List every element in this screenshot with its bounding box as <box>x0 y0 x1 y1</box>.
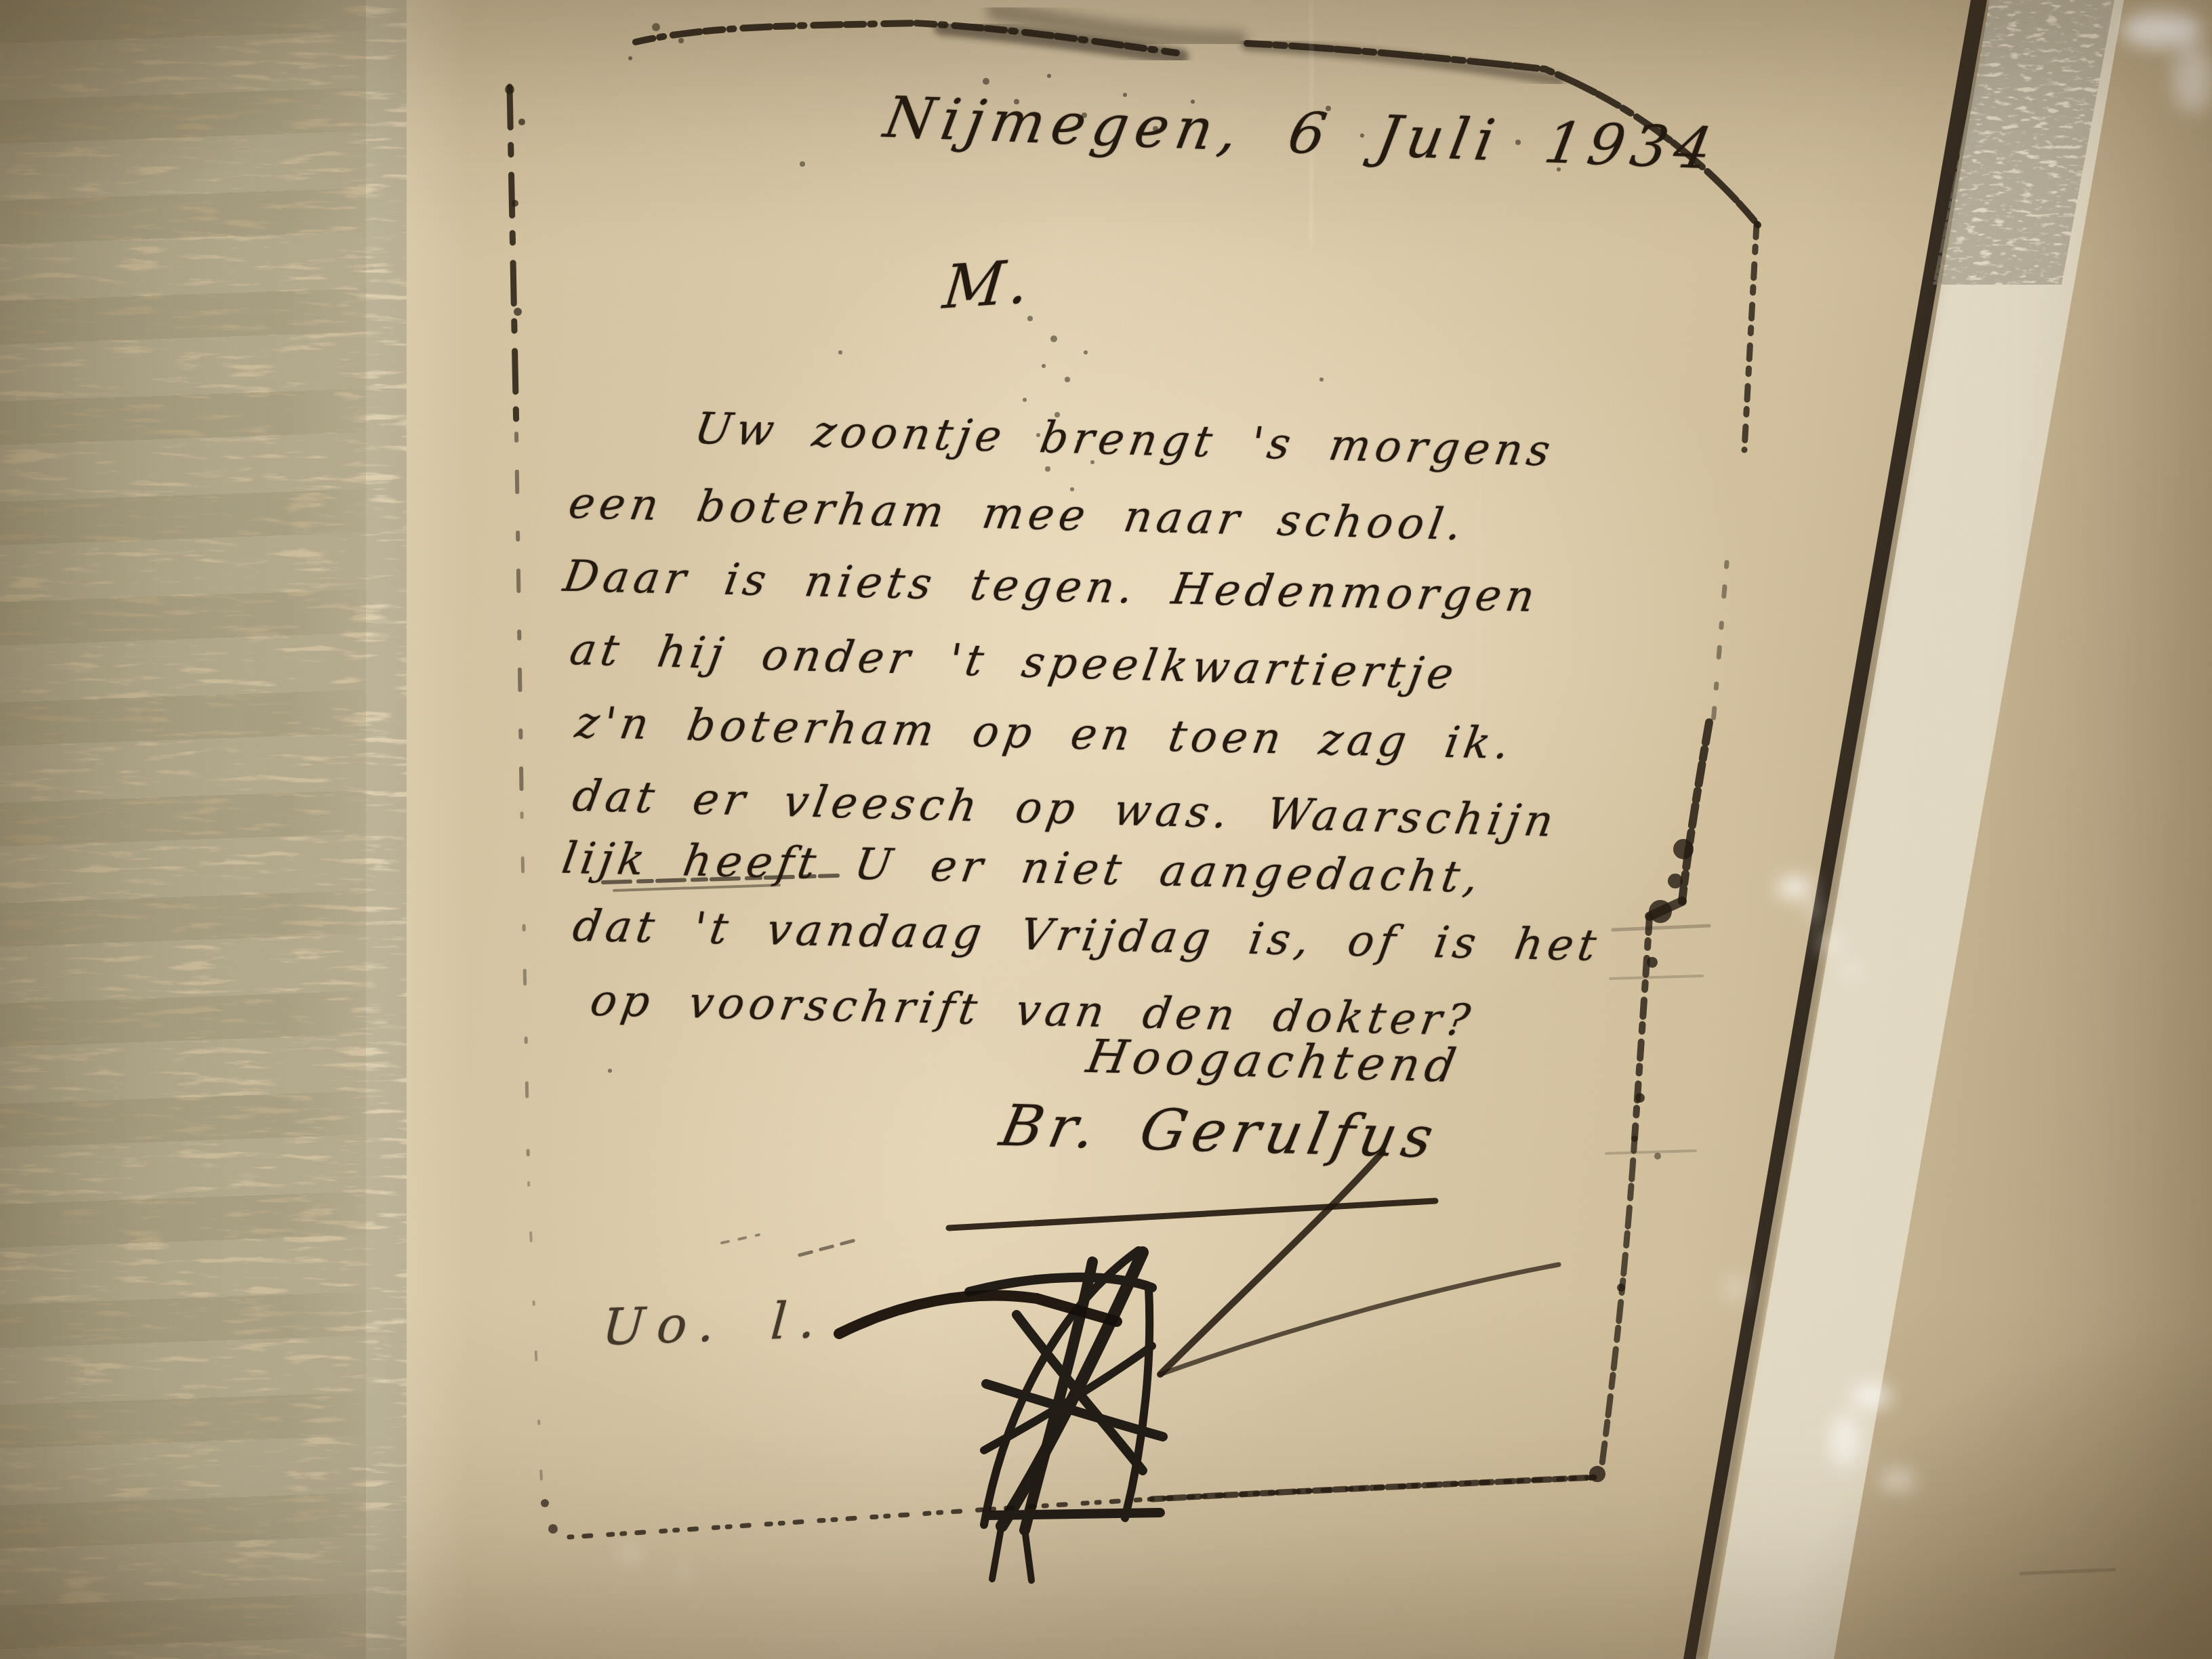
vignette <box>0 0 2212 1659</box>
photograph-of-letter: Nijmegen, 6 Juli 1934 M. Uw zoontje bren… <box>0 0 2212 1659</box>
